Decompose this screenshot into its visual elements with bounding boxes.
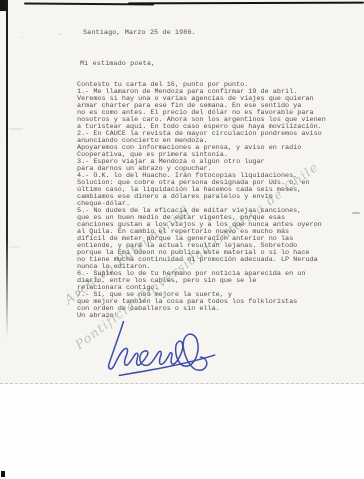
scan-background <box>0 384 364 479</box>
letter-body: Contesto tu carta del 16, punto por punt… <box>77 82 347 320</box>
handwritten-signature <box>93 318 235 380</box>
letter-date: Santiago, Marzo 25 de 1986. <box>83 29 196 37</box>
scan-smudge <box>9 128 23 130</box>
letter-paper: Archivo Patrimonial Pontificia Universid… <box>0 0 364 384</box>
scan-smudge <box>352 212 360 214</box>
scanned-letter-page: Archivo Patrimonial Pontificia Universid… <box>0 0 364 479</box>
scan-mark-bottom-left <box>1 471 5 477</box>
scan-smudge <box>20 36 23 38</box>
scan-edge-left <box>6 0 8 338</box>
letter-salutation: Mi estimado poeta, <box>80 60 155 68</box>
scan-smudge <box>9 246 19 248</box>
scan-smudge <box>58 33 62 35</box>
scan-edge-top-right <box>128 2 364 5</box>
